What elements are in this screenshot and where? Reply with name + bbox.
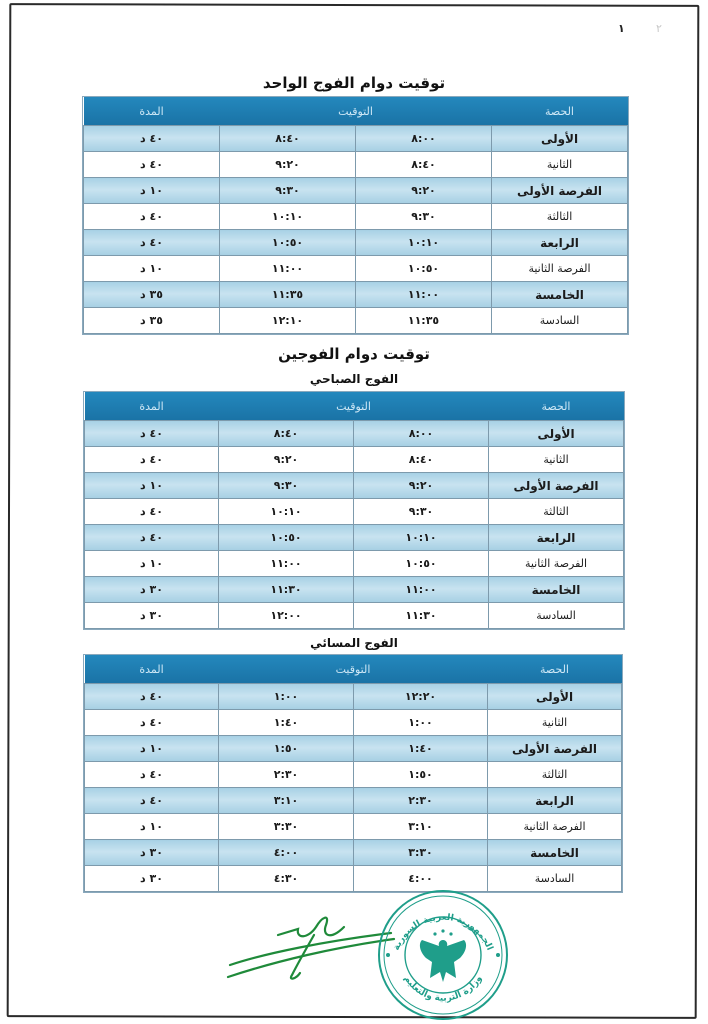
cell-duration: ١٠ د	[85, 736, 219, 762]
cell-duration: ٤٠ د	[84, 230, 220, 256]
cell-period: الفرصة الأولى	[488, 736, 622, 762]
cell-duration: ٣٥ د	[84, 308, 220, 334]
cell-start: ٩:٢٠	[356, 178, 492, 204]
cell-end: ٩:٢٠	[219, 447, 354, 473]
page-number-mark-faint: ٢	[656, 22, 662, 35]
cell-start: ٨:٠٠	[356, 126, 492, 152]
table-row: الأولى٨:٠٠٨:٤٠٤٠ د	[85, 421, 624, 447]
cell-start: ٨:٤٠	[354, 447, 489, 473]
table-row: الثانية٨:٤٠٩:٢٠٤٠ د	[84, 152, 628, 178]
cell-duration: ٤٠ د	[85, 762, 219, 788]
table-row: الخامسة١١:٠٠١١:٣٠٣٠ د	[85, 577, 624, 603]
header-period: الحصة	[488, 655, 622, 684]
cell-duration: ٤٠ د	[85, 684, 219, 710]
cell-start: ١٢:٢٠	[354, 684, 488, 710]
cell-end: ١٢:١٠	[220, 308, 356, 334]
cell-start: ١٠:٥٠	[354, 551, 489, 577]
cell-duration: ٣٠ د	[85, 577, 219, 603]
ministry-stamp-icon: الجمهورية العربية السورية وزارة التربية …	[374, 888, 512, 1022]
cell-end: ١٠:١٠	[219, 499, 354, 525]
table-row: الرابعة١٠:١٠١٠:٥٠٤٠ د	[84, 230, 628, 256]
morning-shift-table: الحصة التوقيت المدة الأولى٨:٠٠٨:٤٠٤٠ دال…	[84, 392, 624, 629]
header-time: التوقيت	[220, 97, 492, 126]
cell-period: الأولى	[492, 126, 628, 152]
cell-start: ١١:٣٠	[354, 603, 489, 629]
cell-period: الخامسة	[489, 577, 624, 603]
cell-period: الثانية	[492, 152, 628, 178]
table-row: الفرصة الثانية١٠:٥٠١١:٠٠١٠ د	[84, 256, 628, 282]
cell-period: الأولى	[489, 421, 624, 447]
cell-start: ٩:٢٠	[354, 473, 489, 499]
cell-end: ٤:٠٠	[219, 840, 354, 866]
cell-duration: ٤٠ د	[84, 152, 220, 178]
cell-duration: ٤٠ د	[85, 710, 219, 736]
single-shift-table: الحصة التوقيت المدة الأولى٨:٠٠٨:٤٠٤٠ دال…	[83, 97, 628, 334]
table-row: الأولى١٢:٢٠١:٠٠٤٠ د	[85, 684, 622, 710]
cell-period: السادسة	[492, 308, 628, 334]
cell-start: ١١:٠٠	[356, 282, 492, 308]
cell-period: الفرصة الأولى	[492, 178, 628, 204]
cell-end: ٨:٤٠	[219, 421, 354, 447]
cell-start: ١:٠٠	[354, 710, 488, 736]
table-row: الثالثة١:٥٠٢:٣٠٤٠ د	[85, 762, 622, 788]
cell-period: الخامسة	[488, 840, 622, 866]
cell-duration: ٣٠ د	[85, 603, 219, 629]
cell-end: ١:٠٠	[219, 684, 354, 710]
table-row: الخامسة٣:٣٠٤:٠٠٣٠ د	[85, 840, 622, 866]
cell-end: ١٠:٥٠	[219, 525, 354, 551]
cell-start: ١:٤٠	[354, 736, 488, 762]
cell-start: ٩:٣٠	[354, 499, 489, 525]
header-period: الحصة	[492, 97, 628, 126]
cell-end: ١١:٣٥	[220, 282, 356, 308]
table-row: الثانية٨:٤٠٩:٢٠٤٠ د	[85, 447, 624, 473]
cell-end: ١٢:٠٠	[219, 603, 354, 629]
cell-duration: ٣٠ د	[85, 840, 219, 866]
cell-period: الخامسة	[492, 282, 628, 308]
table-row: الرابعة٢:٣٠٣:١٠٤٠ د	[85, 788, 622, 814]
cell-period: الثانية	[488, 710, 622, 736]
table-row: الفرصة الأولى٩:٢٠٩:٣٠١٠ د	[85, 473, 624, 499]
cell-start: ١٠:١٠	[356, 230, 492, 256]
single-shift-title: توقيت دوام الفوج الواحد	[0, 74, 708, 92]
cell-period: الرابعة	[492, 230, 628, 256]
cell-period: الرابعة	[488, 788, 622, 814]
cell-duration: ٣٠ د	[85, 866, 219, 892]
table-header-row: الحصة التوقيت المدة	[84, 97, 628, 126]
cell-start: ٣:١٠	[354, 814, 488, 840]
cell-period: الثالثة	[489, 499, 624, 525]
header-time: التوقيت	[219, 655, 488, 684]
cell-end: ٣:١٠	[219, 788, 354, 814]
cell-duration: ٤٠ د	[84, 204, 220, 230]
cell-duration: ٤٠ د	[84, 126, 220, 152]
cell-duration: ٤٠ د	[85, 525, 219, 551]
table-header-row: الحصة التوقيت المدة	[85, 392, 624, 421]
cell-period: الرابعة	[489, 525, 624, 551]
cell-end: ١٠:١٠	[220, 204, 356, 230]
header-time: التوقيت	[219, 392, 489, 421]
morning-shift-title: الفوج الصباحي	[0, 372, 708, 386]
cell-end: ١١:٠٠	[220, 256, 356, 282]
cell-period: الفرصة الأولى	[489, 473, 624, 499]
table-row: الفرصة الأولى٩:٢٠٩:٣٠١٠ د	[84, 178, 628, 204]
table-row: الثانية١:٠٠١:٤٠٤٠ د	[85, 710, 622, 736]
header-duration: المدة	[84, 97, 220, 126]
cell-duration: ١٠ د	[85, 814, 219, 840]
evening-shift-table: الحصة التوقيت المدة الأولى١٢:٢٠١:٠٠٤٠ دا…	[84, 655, 622, 892]
cell-end: ٢:٣٠	[219, 762, 354, 788]
cell-start: ٨:٤٠	[356, 152, 492, 178]
cell-start: ٢:٣٠	[354, 788, 488, 814]
cell-end: ٩:٣٠	[219, 473, 354, 499]
cell-period: الفرصة الثانية	[489, 551, 624, 577]
cell-end: ١١:٠٠	[219, 551, 354, 577]
cell-period: الأولى	[488, 684, 622, 710]
cell-duration: ٤٠ د	[85, 499, 219, 525]
table-row: الرابعة١٠:١٠١٠:٥٠٤٠ د	[85, 525, 624, 551]
cell-period: الفرصة الثانية	[488, 814, 622, 840]
header-duration: المدة	[85, 392, 219, 421]
cell-end: ١١:٣٠	[219, 577, 354, 603]
cell-period: الفرصة الثانية	[492, 256, 628, 282]
signature-icon	[226, 905, 396, 985]
cell-duration: ١٠ د	[84, 256, 220, 282]
cell-end: ١٠:٥٠	[220, 230, 356, 256]
cell-end: ٤:٣٠	[219, 866, 354, 892]
cell-end: ١:٥٠	[219, 736, 354, 762]
cell-start: ١١:٣٥	[356, 308, 492, 334]
cell-end: ٩:٢٠	[220, 152, 356, 178]
cell-start: ١:٥٠	[354, 762, 488, 788]
cell-period: الثانية	[489, 447, 624, 473]
table-row: الثالثة٩:٣٠١٠:١٠٤٠ د	[85, 499, 624, 525]
table-row: الثالثة٩:٣٠١٠:١٠٤٠ د	[84, 204, 628, 230]
header-period: الحصة	[489, 392, 624, 421]
cell-period: السادسة	[489, 603, 624, 629]
cell-start: ٩:٣٠	[356, 204, 492, 230]
table-row: الفرصة الثانية٣:١٠٣:٣٠١٠ د	[85, 814, 622, 840]
table-row: الأولى٨:٠٠٨:٤٠٤٠ د	[84, 126, 628, 152]
cell-start: ٨:٠٠	[354, 421, 489, 447]
table-row: السادسة١١:٣٠١٢:٠٠٣٠ د	[85, 603, 624, 629]
page-number-mark: ١	[618, 22, 625, 35]
evening-shift-title: الفوج المسائي	[0, 636, 708, 650]
cell-end: ٩:٣٠	[220, 178, 356, 204]
cell-start: ١٠:١٠	[354, 525, 489, 551]
table-row: الفرصة الثانية١٠:٥٠١١:٠٠١٠ د	[85, 551, 624, 577]
table-row: الخامسة١١:٠٠١١:٣٥٣٥ د	[84, 282, 628, 308]
table-row: الفرصة الأولى١:٤٠١:٥٠١٠ د	[85, 736, 622, 762]
header-duration: المدة	[85, 655, 219, 684]
cell-start: ١٠:٥٠	[356, 256, 492, 282]
table-row: السادسة١١:٣٥١٢:١٠٣٥ د	[84, 308, 628, 334]
double-shift-title: توقيت دوام الفوجين	[0, 345, 708, 363]
cell-duration: ٤٠ د	[85, 788, 219, 814]
cell-period: الثالثة	[492, 204, 628, 230]
cell-end: ٨:٤٠	[220, 126, 356, 152]
cell-duration: ٣٥ د	[84, 282, 220, 308]
cell-duration: ١٠ د	[85, 473, 219, 499]
table-header-row: الحصة التوقيت المدة	[85, 655, 622, 684]
cell-start: ١١:٠٠	[354, 577, 489, 603]
cell-duration: ٤٠ د	[85, 447, 219, 473]
cell-duration: ١٠ د	[84, 178, 220, 204]
cell-end: ٣:٣٠	[219, 814, 354, 840]
cell-period: الثالثة	[488, 762, 622, 788]
cell-start: ٣:٣٠	[354, 840, 488, 866]
table-row: السادسة٤:٠٠٤:٣٠٣٠ د	[85, 866, 622, 892]
cell-duration: ٤٠ د	[85, 421, 219, 447]
cell-end: ١:٤٠	[219, 710, 354, 736]
cell-duration: ١٠ د	[85, 551, 219, 577]
